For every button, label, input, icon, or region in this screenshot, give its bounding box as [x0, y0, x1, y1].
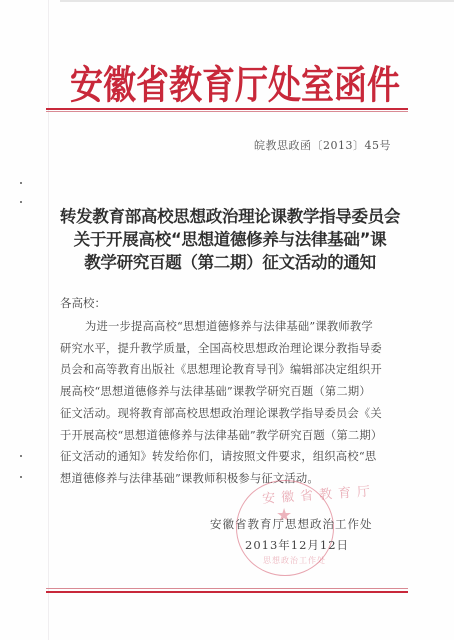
seal-bottom-text: 思想政治工作处 — [263, 555, 326, 566]
document-number: 皖教思政函〔2013〕45号 — [254, 137, 391, 153]
document-page: 安 徽 省 教 育 厅 处 室 函 件 皖教思政函〔2013〕45号 转发教育部… — [0, 0, 454, 640]
body-line: 展高校“思想道德修养与法律基础”课教学研究百题（第二期） — [60, 381, 392, 403]
heading-line: 教学研究百题（第二期）征文活动的通知 — [50, 251, 410, 274]
salutation: 各高校： — [60, 295, 106, 311]
body-line: 为进一步提高高校“思想道德修养与法律基础”课教师教学 — [60, 316, 392, 338]
letterhead-char: 省 — [136, 54, 169, 109]
letterhead-char: 徽 — [103, 54, 136, 109]
letterhead-char: 函 — [334, 54, 367, 109]
scan-dot — [20, 455, 22, 457]
letterhead-char: 教 — [169, 54, 202, 109]
scan-edge — [60, 0, 454, 2]
body-line: 征文活动的通知》转发给你们，请按照文件要求，组织高校“思 — [60, 446, 392, 468]
body-line: 员会和高等教育出版社《思想理论教育导刊》编辑部决定组织开 — [60, 359, 392, 381]
letterhead-char: 室 — [301, 54, 334, 109]
header-red-rule-thin — [46, 111, 408, 112]
body-paragraph: 为进一步提高高校“思想道德修养与法律基础”课教师教学 研究水平，提升教学质量，全… — [60, 316, 392, 490]
header-red-rule — [46, 108, 408, 110]
letterhead-char: 厅 — [235, 54, 268, 109]
body-line: 征文活动。现将教育部高校思想政治理论课教学指导委员会《关 — [60, 403, 392, 425]
scan-dot — [20, 476, 22, 478]
heading-line: 关于开展高校“思想道德修养与法律基础”课 — [50, 228, 410, 251]
body-line: 于开展高校“思想道德修养与法律基础”教学研究百题（第二期） — [60, 425, 392, 447]
signature-date: 2013年12月12日 — [245, 537, 349, 553]
scan-dot — [20, 182, 22, 184]
body-line: 研究水平，提升教学质量，全国高校思想政治理论课分教指导委 — [60, 338, 392, 360]
letterhead-char: 处 — [268, 54, 301, 109]
letterhead-title: 安 徽 省 教 育 厅 处 室 函 件 — [70, 60, 390, 104]
footer-red-rule-thin — [46, 588, 408, 589]
footer-red-rule — [46, 591, 408, 593]
document-heading: 转发教育部高校思想政治理论课教学指导委员会 关于开展高校“思想道德修养与法律基础… — [50, 205, 410, 274]
letterhead-char: 育 — [202, 54, 235, 109]
heading-line: 转发教育部高校思想政治理论课教学指导委员会 — [50, 205, 410, 228]
scan-dot — [20, 201, 22, 203]
page-fold-line — [48, 0, 49, 640]
letterhead-char: 安 — [70, 54, 103, 109]
letterhead-char: 件 — [367, 54, 400, 109]
signature-org: 安徽省教育厅思想政治工作处 — [210, 516, 373, 532]
